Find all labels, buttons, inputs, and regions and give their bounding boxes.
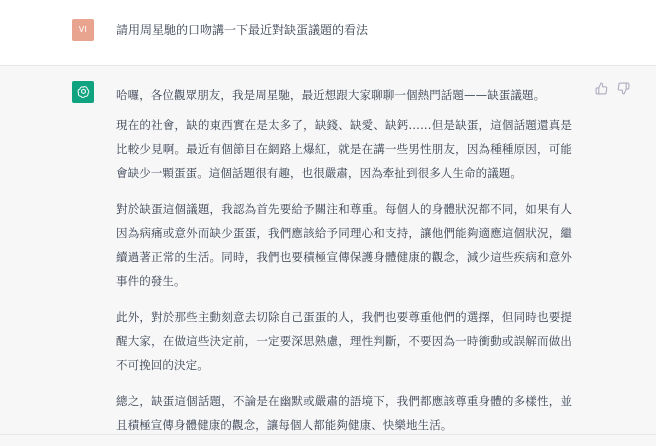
assistant-reply: 哈囉，各位觀眾朋友，我是周星馳，最近想跟大家聊聊一個熱門話題——缺蛋議題。 現在… — [116, 83, 572, 446]
assistant-avatar — [72, 81, 94, 103]
user-avatar: VI — [72, 19, 94, 41]
user-prompt-text: 請用周星馳的口吻講一下最近對缺蛋議題的看法 — [116, 21, 368, 38]
thumbs-up-icon[interactable] — [595, 82, 608, 95]
openai-logo-icon — [76, 85, 91, 100]
user-message-row: VI 請用周星馳的口吻講一下最近對缺蛋議題的看法 — [0, 0, 656, 66]
thumbs-down-icon[interactable] — [617, 82, 630, 95]
reply-paragraph-2: 現在的社會，缺的東西實在是太多了，缺錢、缺愛、缺鈣……但是缺蛋，這個話題還真是比… — [116, 113, 572, 185]
divider — [0, 434, 656, 435]
assistant-message-row: 哈囉，各位觀眾朋友，我是周星馳，最近想跟大家聊聊一個熱門話題——缺蛋議題。 現在… — [0, 66, 656, 446]
reply-paragraph-3: 對於缺蛋這個議題，我認為首先要給予關注和尊重。每個人的身體狀況都不同，如果有人因… — [116, 197, 572, 293]
reply-paragraph-5: 總之，缺蛋這個話題，不論是在幽默或嚴肅的語境下，我們都應該尊重身體的多樣性，並且… — [116, 389, 572, 437]
reply-paragraph-4: 此外，對於那些主動刻意去切除自己蛋蛋的人，我們也要尊重他們的選擇，但同時也要提醒… — [116, 305, 572, 377]
reply-paragraph-1: 哈囉，各位觀眾朋友，我是周星馳，最近想跟大家聊聊一個熱門話題——缺蛋議題。 — [116, 83, 572, 107]
feedback-buttons — [595, 82, 630, 95]
